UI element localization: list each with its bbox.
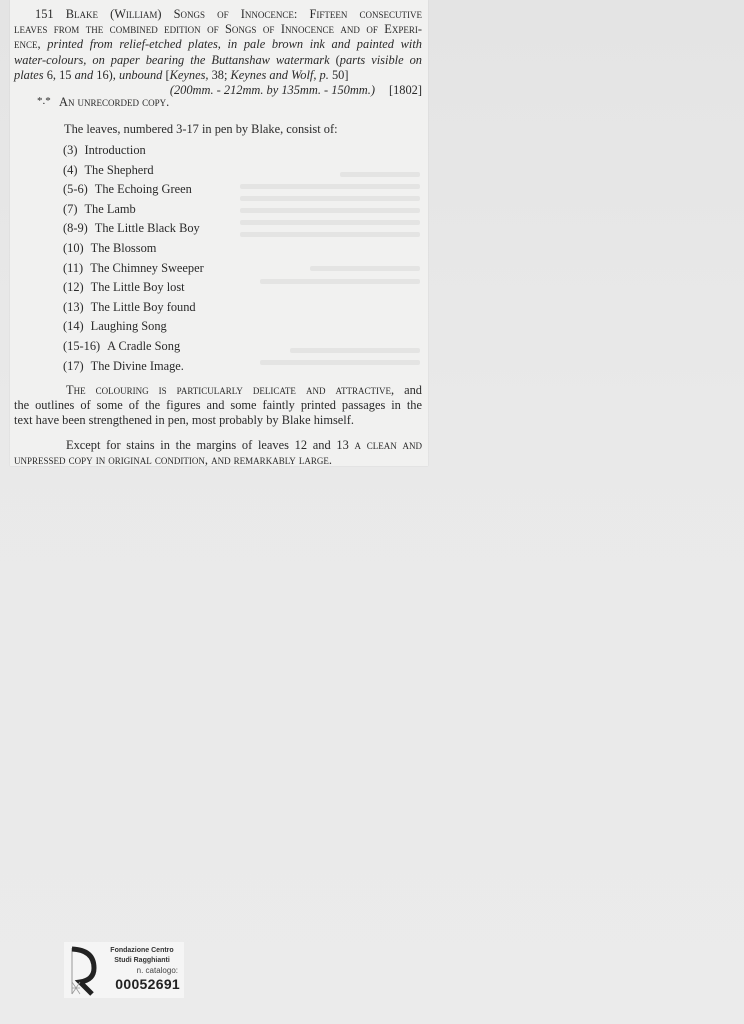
bleed-through-line [240, 208, 420, 213]
list-item: (10)The Blossom [63, 239, 204, 259]
list-item: (3)Introduction [63, 141, 204, 161]
org-name-line-2: Studi Ragghianti [104, 956, 180, 966]
leaf-title: The Little Black Boy [95, 221, 200, 235]
leaf-title: The Chimney Sweeper [90, 261, 204, 275]
leaves-intro: The leaves, numbered 3-17 in pen by Blak… [64, 122, 338, 137]
leaves-list: (3)Introduction (4)The Shepherd (5-6)The… [63, 141, 204, 376]
catalog-label: n. catalogo: [104, 966, 178, 975]
date: [1802] [389, 83, 422, 97]
list-item: (14)Laughing Song [63, 317, 204, 337]
binding-note: unbound [119, 68, 165, 82]
asterism-icon: *.* [37, 94, 59, 109]
condition-paragraph: Except for stains in the margins of leav… [14, 438, 422, 468]
bleed-through-line [340, 172, 420, 177]
list-item: (7)The Lamb [63, 200, 204, 220]
condition-line-2: unpressed copy in original condition, an… [14, 453, 422, 468]
header-line-5: plates 6, 15 and 16), unbound [Keynes, 3… [14, 68, 422, 83]
leaf-title: The Lamb [84, 202, 135, 216]
list-item: (15-16)A Cradle Song [63, 337, 204, 357]
colouring-text: and [394, 383, 422, 397]
bleed-through-line [260, 360, 420, 365]
bleed-through-line [240, 184, 420, 189]
archive-stamp: Fondazione Centro Studi Ragghianti n. ca… [64, 942, 184, 998]
reference: Keynes, [170, 68, 212, 82]
text-part: 16), [96, 68, 119, 82]
condition-text: Except for stains in the margins of leav… [66, 438, 355, 452]
header-line-1: 151 Blake (William) Songs of Innocence: … [14, 7, 422, 22]
leaf-number: (3) [63, 143, 77, 157]
list-item: (5-6)The Echoing Green [63, 180, 204, 200]
leaf-number: (13) [63, 300, 84, 314]
colouring-line-1: The colouring is particularly delicate a… [14, 383, 422, 398]
catalog-number: 00052691 [104, 976, 180, 992]
header-line-3: ence, printed from relief-etched plates,… [14, 37, 422, 52]
leaf-title: A Cradle Song [107, 339, 180, 353]
unrecorded-text: An unrecorded copy. [59, 95, 169, 109]
condition-line-1: Except for stains in the margins of leav… [14, 438, 422, 453]
bleed-through-line [240, 220, 420, 225]
header-line-2: leaves from the combined edition of Song… [14, 22, 422, 37]
text-part: 6, 15 [47, 68, 75, 82]
leaf-number: (8-9) [63, 221, 88, 235]
leaf-number: (17) [63, 359, 84, 373]
list-item: (12)The Little Boy lost [63, 278, 204, 298]
stamp-organization: Fondazione Centro Studi Ragghianti [104, 946, 180, 966]
text-part: 50] [332, 68, 349, 82]
colouring-line-3: text have been strengthened in pen, most… [14, 413, 422, 428]
leaf-title: The Shepherd [84, 163, 153, 177]
org-name-line-1: Fondazione Centro [104, 946, 180, 956]
leaf-title: The Divine Image. [91, 359, 184, 373]
bleed-through-line [240, 196, 420, 201]
bleed-through-line [240, 232, 420, 237]
unrecorded-note: *.*An unrecorded copy. [37, 94, 169, 110]
text-part: plates [14, 68, 47, 82]
leaf-number: (12) [63, 280, 84, 294]
leaf-number: (11) [63, 261, 83, 275]
bleed-through-line [290, 348, 420, 353]
list-item: (13)The Little Boy found [63, 298, 204, 318]
bleed-through-line [260, 279, 420, 284]
colouring-line-2: the outlines of some of the figures and … [14, 398, 422, 413]
watermark-note: parts visible on [340, 53, 422, 67]
list-item: (17)The Divine Image. [63, 357, 204, 377]
condition-emphasis: a clean and [355, 438, 422, 452]
header-line-4: water-colours, on paper bearing the Butt… [14, 53, 422, 68]
reference: Keynes and Wolf, p. [231, 68, 332, 82]
leaf-title: The Echoing Green [95, 182, 192, 196]
edition-text: leaves from the combined edition of Song… [14, 22, 422, 36]
colouring-emphasis: The colouring is particularly delicate a… [66, 383, 394, 397]
author-title: Blake (William) Songs of Innocence: Fift… [66, 7, 422, 21]
lot-number: 151 [14, 7, 66, 21]
leaf-title: Introduction [84, 143, 145, 157]
ragghianti-logo-icon [66, 944, 100, 996]
entry-header: 151 Blake (William) Songs of Innocence: … [14, 7, 422, 98]
leaf-title: Laughing Song [91, 319, 167, 333]
paper-description: water-colours, on paper bearing the Butt… [14, 53, 336, 67]
text-part: and [75, 68, 97, 82]
leaf-number: (10) [63, 241, 84, 255]
dimensions: (200mm. - 212mm. by 135mm. - 150mm.) [170, 83, 375, 97]
leaf-number: (5-6) [63, 182, 88, 196]
leaf-title: The Blossom [91, 241, 157, 255]
leaf-number: (14) [63, 319, 84, 333]
leaf-number: (4) [63, 163, 77, 177]
list-item: (8-9)The Little Black Boy [63, 219, 204, 239]
bleed-through-line [310, 266, 420, 271]
leaf-title: The Little Boy lost [91, 280, 185, 294]
edition-text-end: ence, [14, 37, 47, 51]
colouring-paragraph: The colouring is particularly delicate a… [14, 383, 422, 429]
list-item: (4)The Shepherd [63, 161, 204, 181]
leaf-number: (15-16) [63, 339, 100, 353]
printing-description: printed from relief-etched plates, in pa… [47, 37, 422, 51]
text-part: 38; [212, 68, 231, 82]
list-item: (11)The Chimney Sweeper [63, 259, 204, 279]
leaf-number: (7) [63, 202, 77, 216]
leaf-title: The Little Boy found [91, 300, 196, 314]
